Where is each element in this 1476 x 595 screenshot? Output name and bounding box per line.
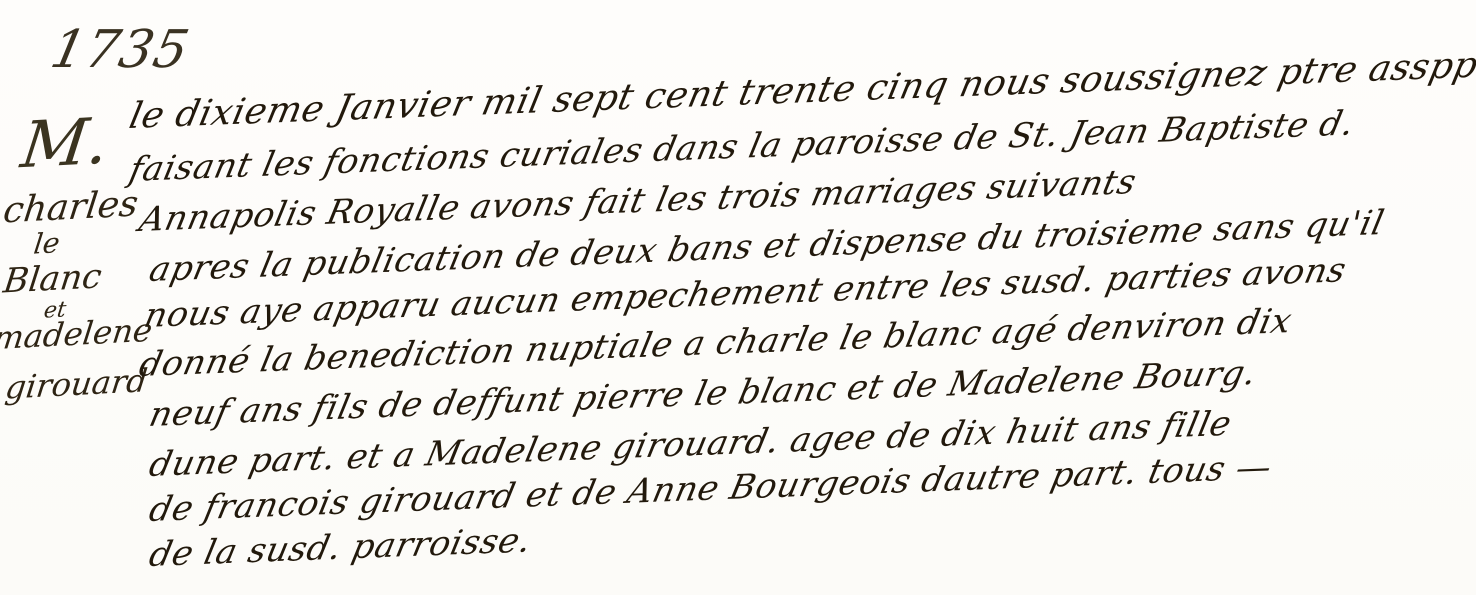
body-line: de la susd. parroisse. [146,521,535,575]
manuscript-page: 1735 M. charles le Blanc et madelene gir… [0,0,1476,595]
margin-note-line: girouard [3,364,149,403]
entry-initial: M. [18,110,112,178]
year-heading: 1735 [46,20,195,80]
margin-note-line: Blanc [2,259,104,298]
margin-note-line: madelene [0,314,154,354]
margin-note-line: le [32,229,61,258]
margin-note-line: charles [1,187,140,230]
